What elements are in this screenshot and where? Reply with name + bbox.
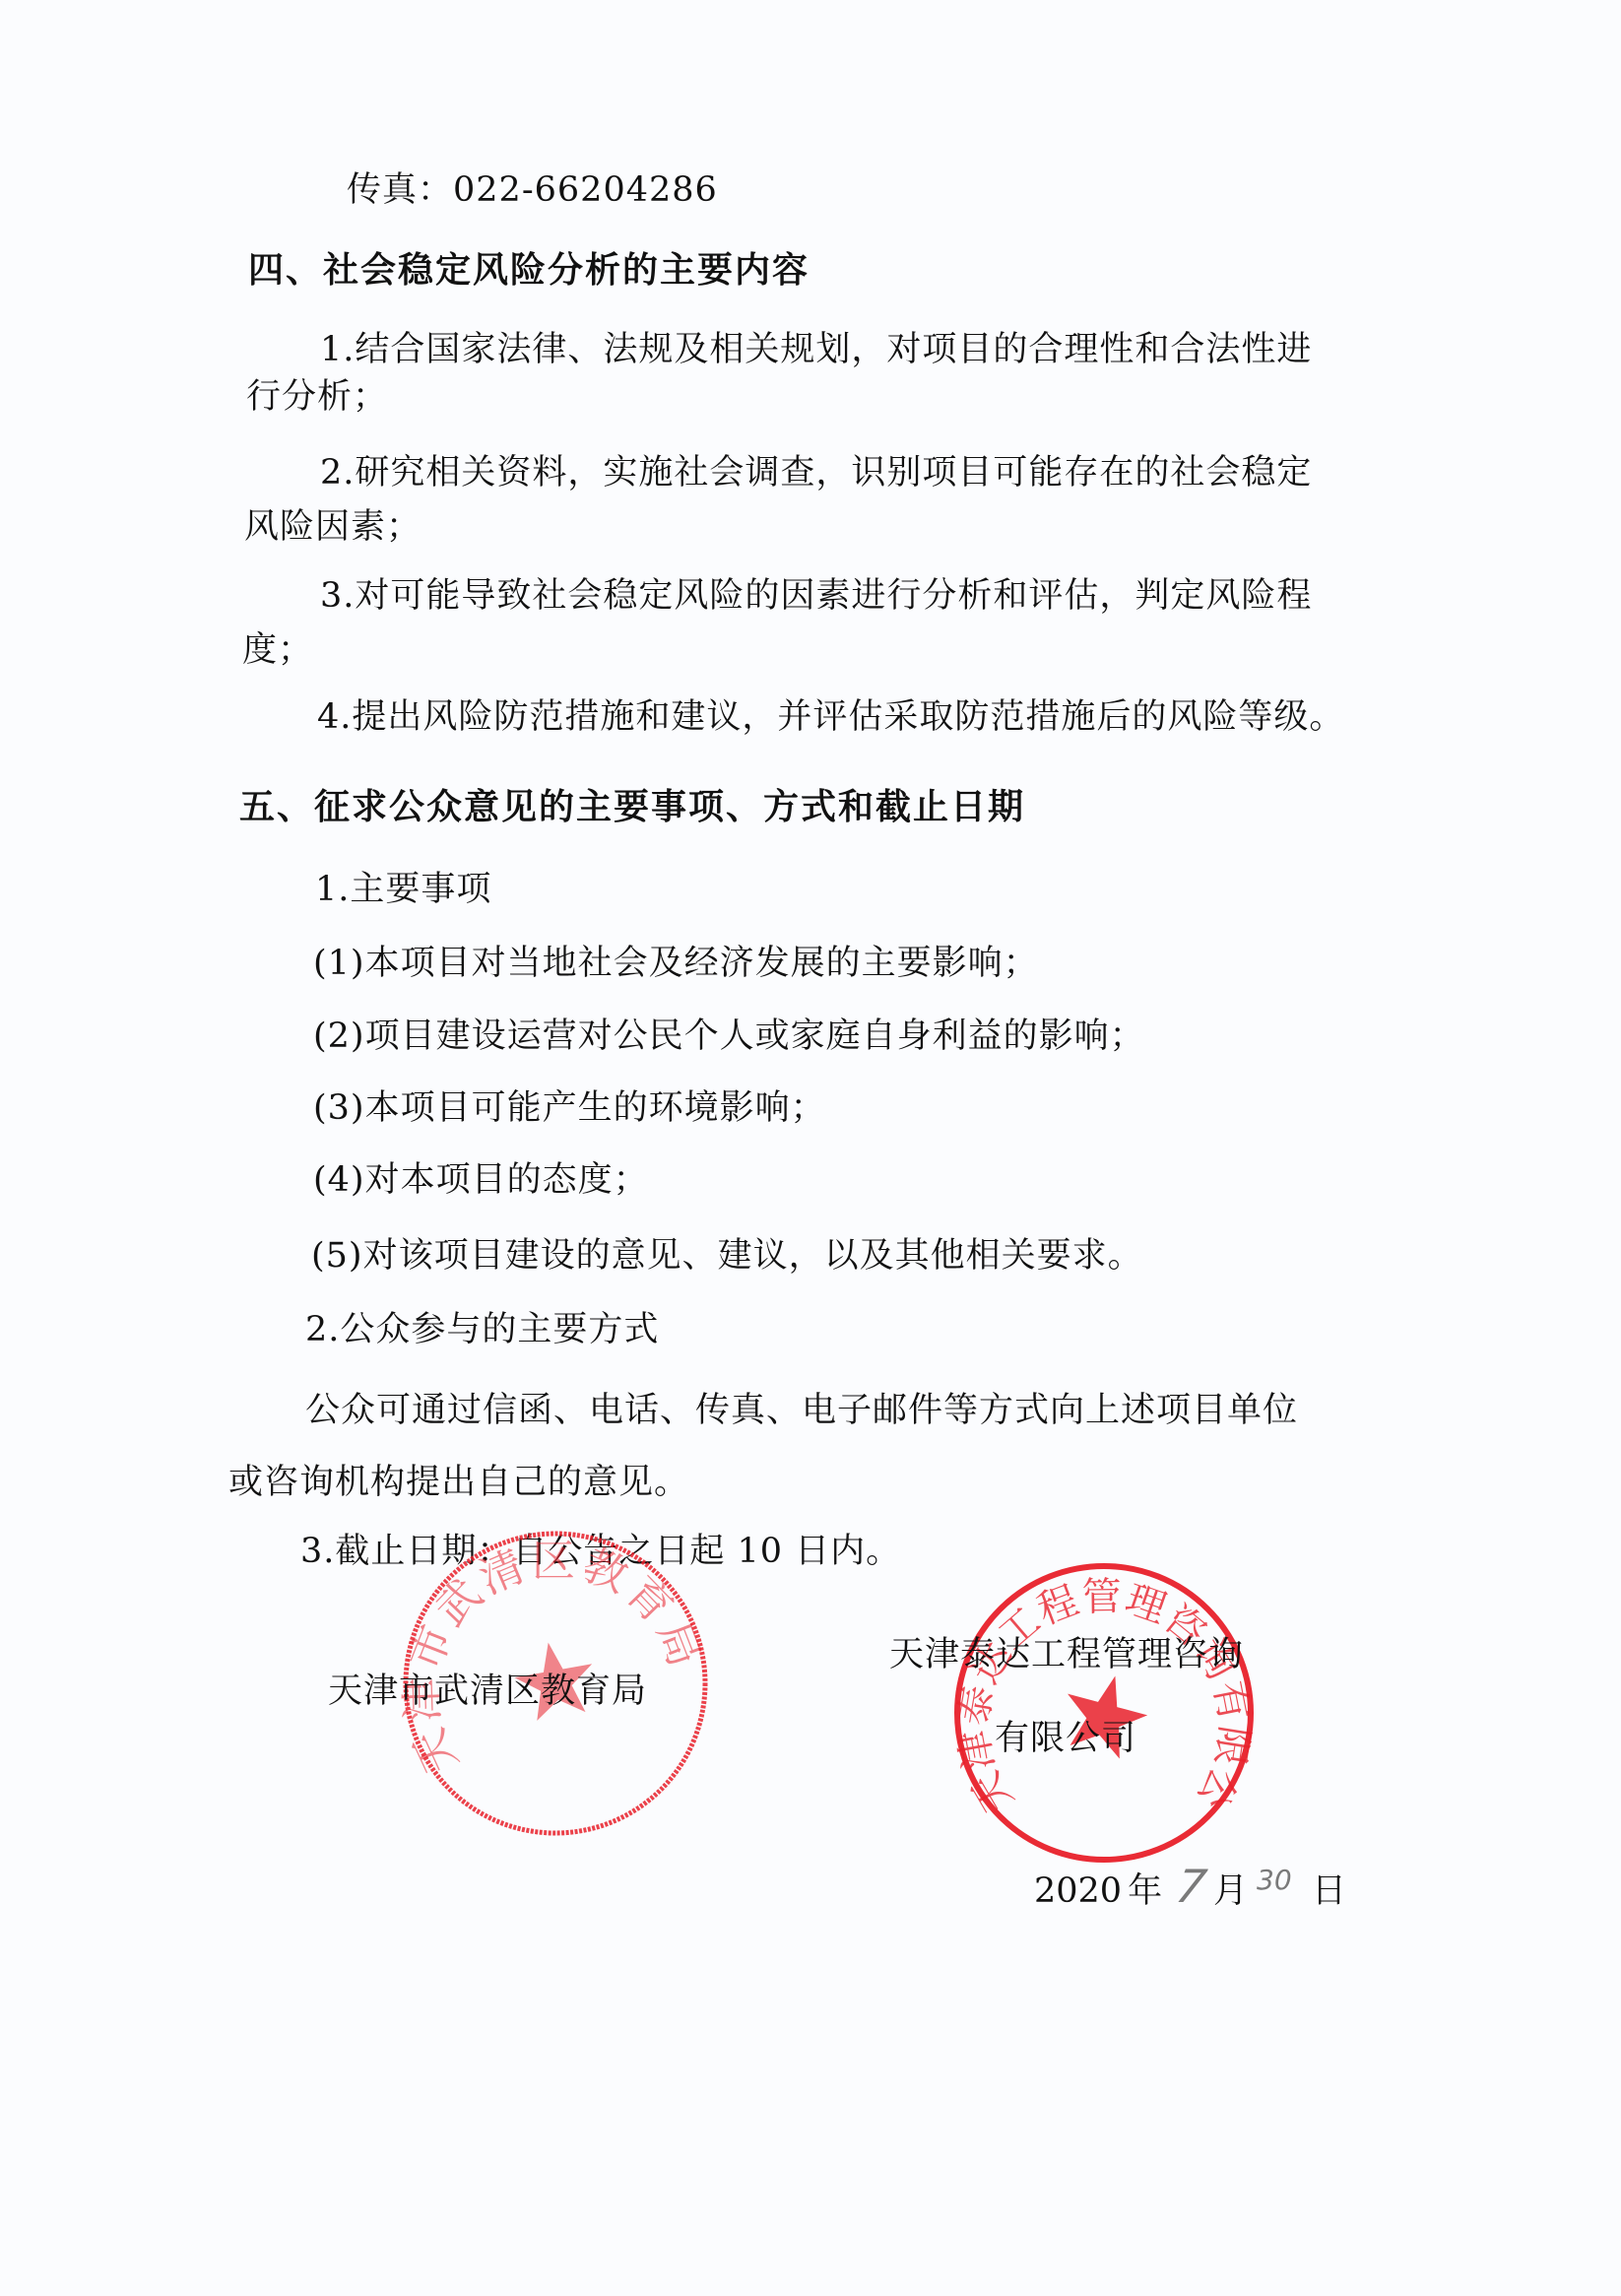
- s4-item-2-line-2: 风险因素；: [244, 507, 421, 547]
- svg-text:天津泰达工程管理咨询有限公司: 天津泰达工程管理咨询有限公司: [951, 1560, 1257, 1820]
- s4-item-3-line-2: 度；: [242, 630, 313, 670]
- s5-sub2-title: 2.公众参与的主要方式: [305, 1310, 659, 1349]
- s5-sub1-item-4: (4)对本项目的态度；: [313, 1160, 649, 1200]
- fax-line: 传真：022-66204286: [347, 170, 718, 210]
- s4-item-1-line-1: 1.结合国家法律、法规及相关规划，对项目的合理性和合法性进: [320, 330, 1312, 369]
- signature-right-org-line-1: 天津泰达工程管理咨询: [889, 1635, 1244, 1674]
- date-day-unit: 日: [1312, 1870, 1346, 1913]
- s5-sub3-deadline: 3.截止日期：自公告之日起 10 日内。: [300, 1532, 901, 1571]
- s5-sub1-item-3: (3)本项目可能产生的环境影响；: [313, 1088, 826, 1128]
- s5-sub1-item-2: (2)项目建设运营对公民个人或家庭自身利益的影响；: [313, 1017, 1145, 1056]
- date-year: 2020: [1034, 1871, 1122, 1911]
- date-day-handwritten: 30: [1257, 1864, 1292, 1896]
- s5-sub2-line-1: 公众可通过信函、电话、传真、电子邮件等方式向上述项目单位: [305, 1391, 1298, 1430]
- s5-sub1-item-5: (5)对该项目建设的意见、建议，以及其他相关要求。: [311, 1236, 1143, 1276]
- s4-item-2-line-1: 2.研究相关资料，实施社会调查，识别项目可能存在的社会稳定: [320, 453, 1312, 492]
- fax-number: 022-66204286: [453, 170, 718, 210]
- section-5-heading: 五、征求公众意见的主要事项、方式和截止日期: [239, 787, 1025, 828]
- s5-sub1-title: 1.主要事项: [315, 870, 491, 909]
- date-month-unit: 月: [1213, 1870, 1248, 1913]
- svg-text:天津市武清区教育局: 天津市武清区教育局: [398, 1537, 711, 1782]
- s4-item-3-line-1: 3.对可能导致社会稳定风险的因素进行分析和评估，判定风险程: [320, 576, 1312, 616]
- section-4-heading: 四、社会稳定风险分析的主要内容: [248, 250, 810, 292]
- s5-sub2-line-2: 或咨询机构提出自己的意见。: [228, 1463, 689, 1502]
- s4-item-4-line-1: 4.提出风险防范措施和建议，并评估采取防范措施后的风险等级。: [317, 697, 1344, 737]
- date-line: 2020年: [1034, 1870, 1162, 1913]
- s4-item-1-line-2: 行分析；: [246, 377, 388, 417]
- fax-label: 传真：: [347, 170, 453, 210]
- signature-left-org: 天津市武清区教育局: [328, 1672, 647, 1711]
- date-year-unit: 年: [1128, 1871, 1162, 1911]
- official-seal-right: 天津泰达工程管理咨询有限公司: [951, 1560, 1257, 1866]
- signature-right-org-line-2: 有限公司: [995, 1719, 1136, 1758]
- date-month-handwritten: 7: [1172, 1860, 1210, 1913]
- s5-sub1-item-1: (1)本项目对当地社会及经济发展的主要影响；: [313, 944, 1039, 983]
